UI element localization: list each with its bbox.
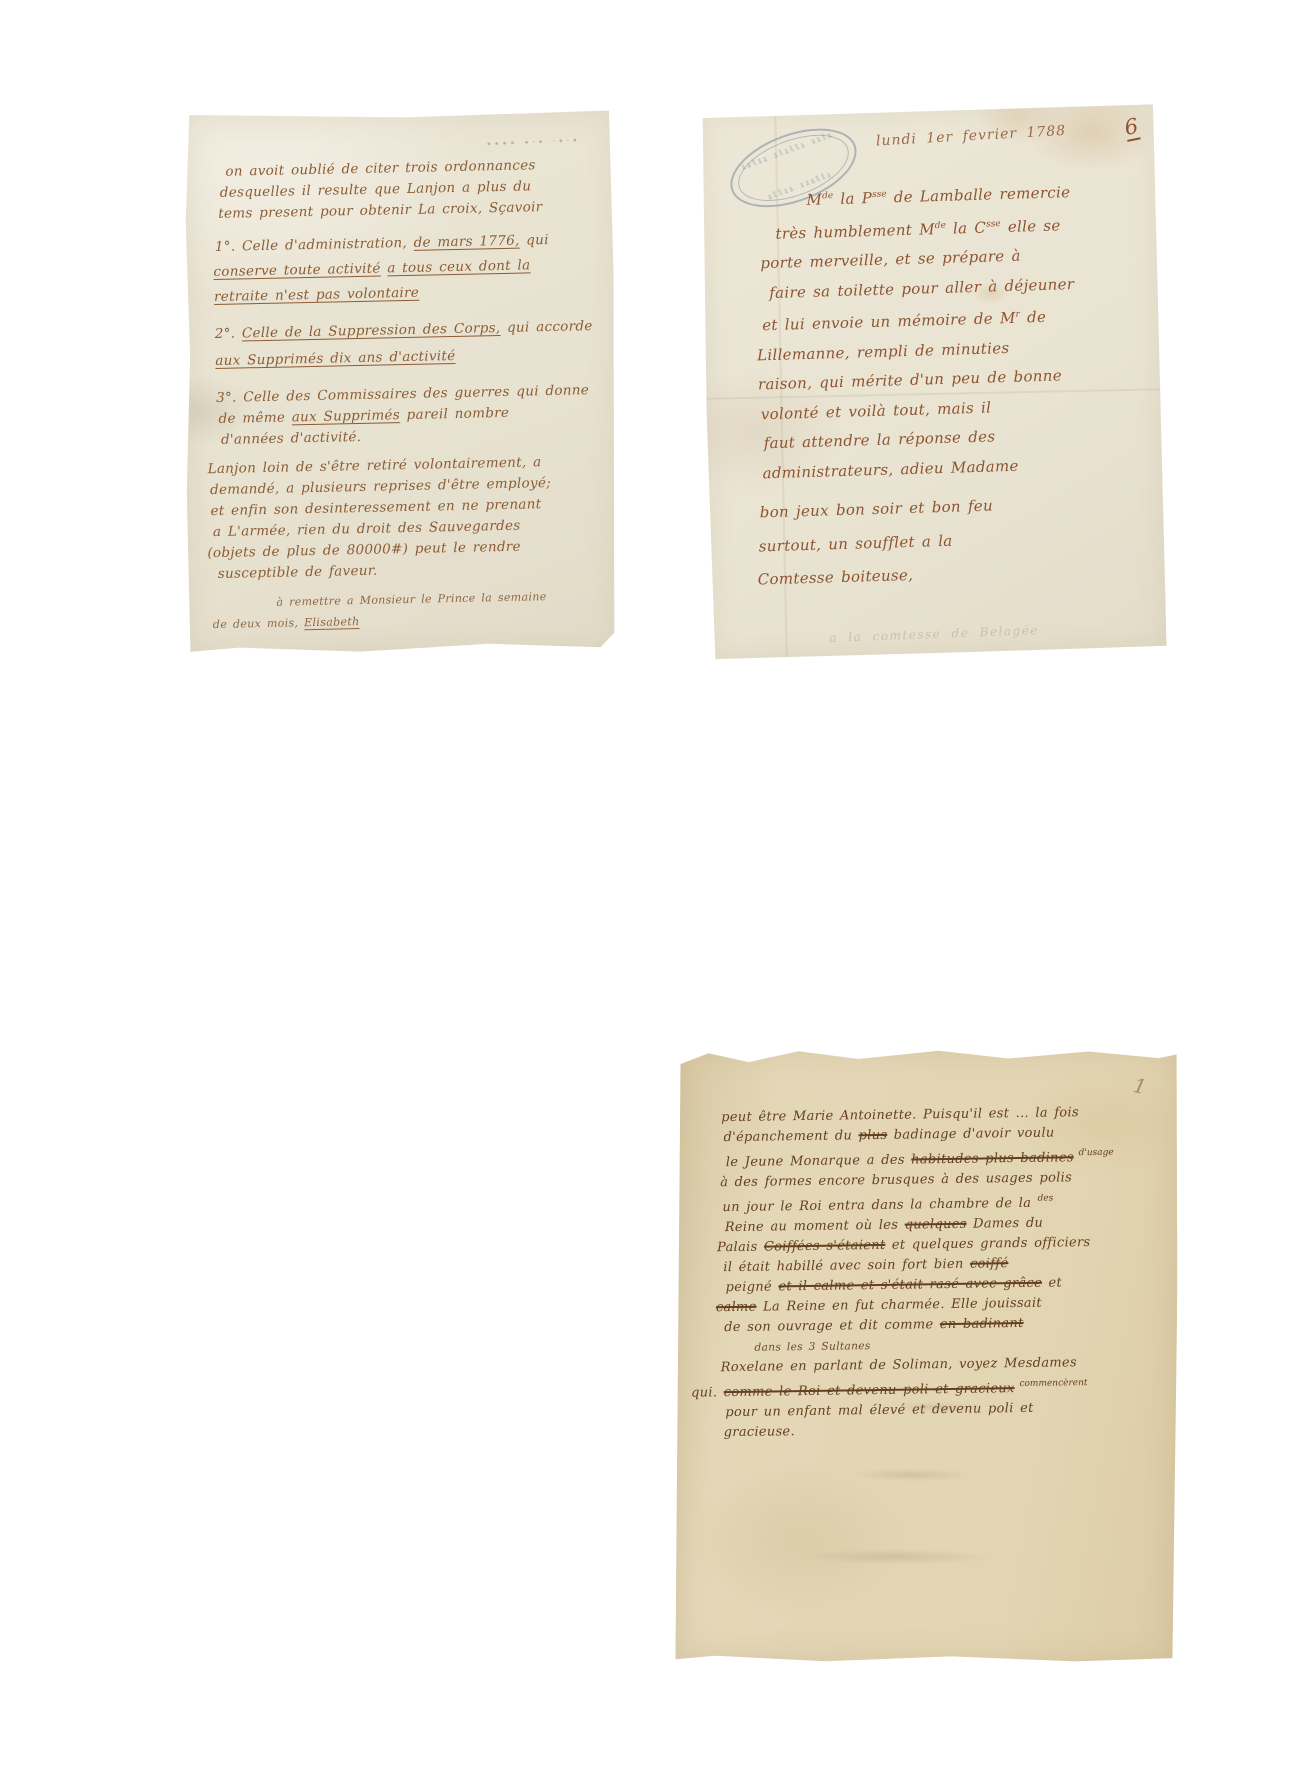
- manuscript-line: de deux mois, Elisabeth: [213, 606, 609, 635]
- manuscript-text-block: peut être Marie Antoinette. Puisqu'il es…: [721, 1102, 1166, 1443]
- manuscript-line: aux Supprimés dix ans d'activité: [215, 343, 603, 372]
- manuscript-line: retraite n'est pas volontaire: [214, 279, 602, 308]
- page-number: 6: [1122, 114, 1140, 140]
- manuscript-line: 2°. Celle de la Suppression des Corps, q…: [215, 316, 603, 345]
- photo-canvas: ∙∙∙∙ ∙·∙ ·∙·∙ on avoit oublié de citer t…: [0, 0, 1301, 1784]
- manuscript-page-memo: ∙∙∙∙ ∙·∙ ·∙·∙ on avoit oublié de citer t…: [184, 111, 618, 655]
- faint-pencil-marks: ∙∙∙∙ ∙·∙ ·∙·∙: [486, 135, 581, 150]
- paper-surface: ıılıı ılıllı ıılı ıllıı ıııllı lundi 1er…: [700, 104, 1166, 659]
- faint-smudge: [826, 1466, 996, 1483]
- pencil-annotation: a la comtesse de Belagée: [829, 623, 1039, 645]
- letter-date-line: lundi 1er fevrier 1788: [876, 123, 1067, 150]
- manuscript-page-draft: 1 peut être Marie Antoinette. Puisqu'il …: [675, 1046, 1178, 1665]
- manuscript-line: conserve toute activité a tous ceux dont…: [213, 254, 601, 283]
- manuscript-page-letter: ıılıı ılıllı ıılı ıllıı ıııllı lundi 1er…: [700, 104, 1166, 659]
- page-number-pencil: 1: [1131, 1073, 1149, 1099]
- manuscript-line: Comtesse boiteuse,: [757, 554, 1157, 595]
- paper-surface: ∙∙∙∙ ∙·∙ ·∙·∙ on avoit oublié de citer t…: [184, 111, 618, 655]
- manuscript-text-block: on avoit oublié de citer trois ordonnanc…: [211, 154, 609, 635]
- manuscript-line: 1°. Celle d'administration, de mars 1776…: [215, 229, 601, 258]
- manuscript-text-block: Mde la Psse de Lamballe remercietrès hum…: [758, 173, 1157, 595]
- faint-smudge: [877, 1401, 997, 1414]
- faint-smudge: [766, 1546, 1026, 1567]
- paper-surface: 1 peut être Marie Antoinette. Puisqu'il …: [675, 1046, 1178, 1665]
